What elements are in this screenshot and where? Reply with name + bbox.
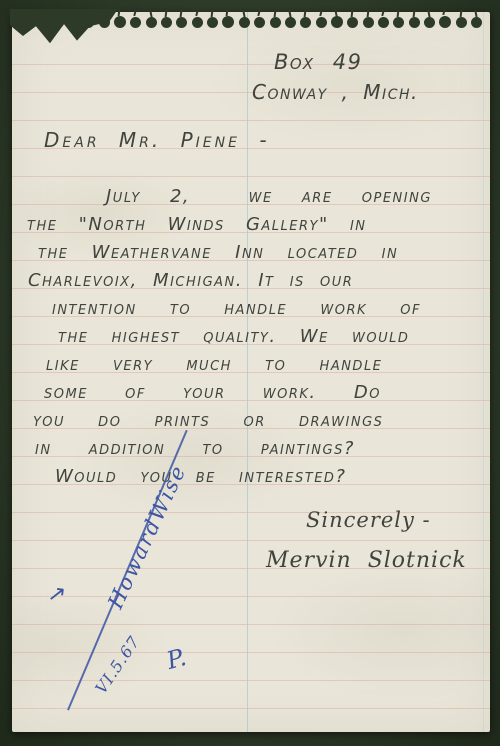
spiral-hole bbox=[270, 17, 281, 28]
signature: Mervin Slotnick bbox=[266, 548, 467, 573]
spiral-hole bbox=[378, 17, 389, 28]
spiral-hole bbox=[285, 17, 296, 28]
spiral-hole bbox=[176, 17, 187, 28]
spiral-hole bbox=[300, 17, 311, 28]
closing: Sincerely - bbox=[306, 508, 431, 532]
spiral-hole bbox=[192, 17, 203, 28]
salutation: Dear Mr. Piene - bbox=[44, 128, 270, 152]
letter-paper: Box 49 Conway , Mich. Dear Mr. Piene - J… bbox=[12, 12, 490, 732]
spiral-hole bbox=[393, 17, 404, 28]
body-line: Would you be interested? bbox=[55, 466, 347, 487]
spiral-hole bbox=[331, 16, 343, 28]
spiral-hole bbox=[239, 17, 250, 28]
spiral-hole bbox=[347, 17, 358, 28]
spiral-hole bbox=[207, 17, 218, 28]
spiral-hole bbox=[222, 16, 234, 28]
body-line: you do prints or drawings bbox=[33, 410, 383, 431]
return-address-line2: Conway , Mich. bbox=[252, 80, 419, 104]
body-line: the highest quality. We would bbox=[58, 326, 409, 347]
body-line: Charlevoix, Michigan. It is our bbox=[28, 270, 353, 291]
spiral-hole bbox=[424, 17, 435, 28]
spiral-hole bbox=[439, 16, 451, 28]
spiral-hole bbox=[130, 17, 141, 28]
body-line: the "North Winds Gallery" in bbox=[27, 214, 367, 235]
return-address-line1: Box 49 bbox=[274, 50, 362, 74]
spiral-hole bbox=[409, 17, 420, 28]
spiral-hole bbox=[456, 17, 467, 28]
spiral-hole bbox=[316, 17, 327, 28]
body-line: like very much to handle bbox=[46, 354, 382, 375]
spiral-hole bbox=[114, 16, 126, 28]
spiral-hole bbox=[161, 17, 172, 28]
spiral-hole bbox=[363, 17, 374, 28]
spiral-hole bbox=[146, 17, 157, 28]
body-line: July 2, we are opening bbox=[106, 186, 432, 207]
body-line: intention to handle work of bbox=[52, 298, 421, 319]
margin-line-right bbox=[483, 12, 484, 732]
body-line: some of your work. Do bbox=[44, 382, 381, 403]
body-line: the Weathervane Inn located in bbox=[38, 242, 398, 263]
spiral-hole bbox=[471, 17, 482, 28]
spiral-hole bbox=[254, 17, 265, 28]
scan-background: { "letter": { "return_address_line1": "B… bbox=[0, 0, 500, 746]
